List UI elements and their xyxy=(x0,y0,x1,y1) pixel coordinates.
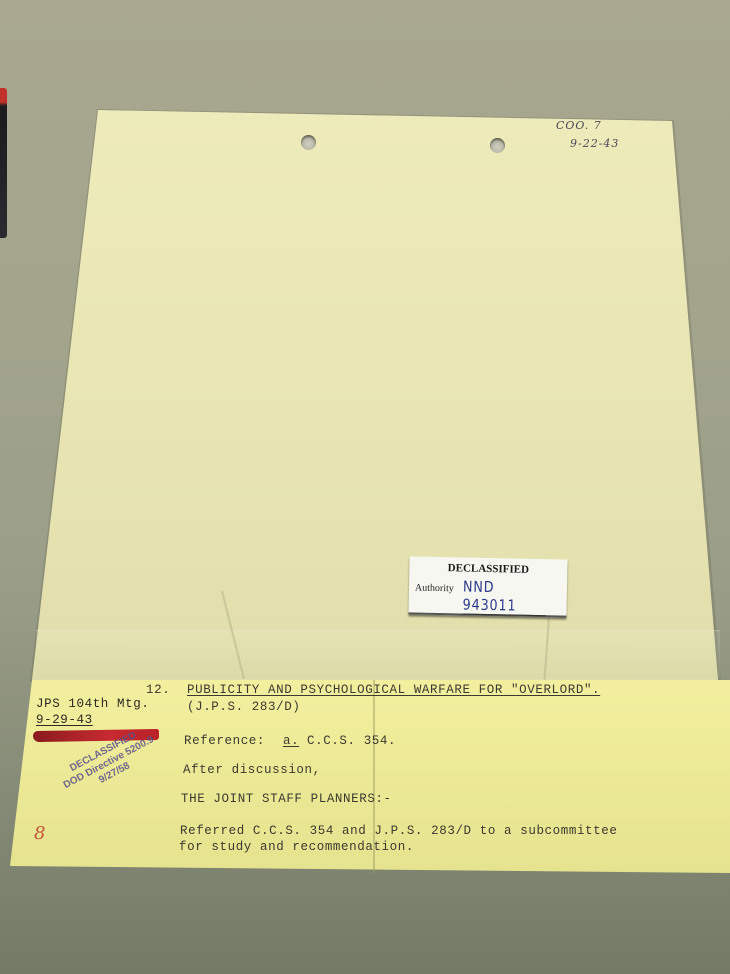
punch-hole xyxy=(490,138,505,153)
handwritten-date: 9-22-43 xyxy=(570,137,619,150)
binder-edge xyxy=(0,88,7,238)
fold-band xyxy=(36,630,720,679)
handwritten-code: COO. 7 xyxy=(556,119,602,132)
authority-label: Authority xyxy=(415,582,454,594)
declassified-title: DECLASSIFIED xyxy=(409,561,567,576)
declassified-label: DECLASSIFIED Authority NND 943011 xyxy=(408,556,567,617)
actor-text: THE JOINT STAFF PLANNERS:- xyxy=(181,792,392,806)
action-line-1: Referred C.C.S. 354 and J.P.S. 283/D to … xyxy=(180,824,617,838)
item-number: 12. xyxy=(146,683,170,697)
item-title: PUBLICITY AND PSYCHOLOGICAL WARFARE FOR … xyxy=(187,683,600,697)
action-line-2: for study and recommendation. xyxy=(179,840,414,854)
document-sheet xyxy=(0,0,730,690)
meeting-reference: JPS 104th Mtg. xyxy=(36,697,149,711)
meeting-date: 9-29-43 xyxy=(36,713,93,727)
page-mark: 8 xyxy=(34,823,45,844)
item-subtitle: (J.P.S. 283/D) xyxy=(187,700,300,714)
reference-label: Reference: xyxy=(184,734,265,748)
punch-hole xyxy=(301,135,316,150)
authority-value: NND 943011 xyxy=(462,577,546,616)
discussion-text: After discussion, xyxy=(183,763,321,777)
reference-value: C.C.S. 354. xyxy=(307,734,396,748)
reference-item: a. xyxy=(283,734,299,748)
